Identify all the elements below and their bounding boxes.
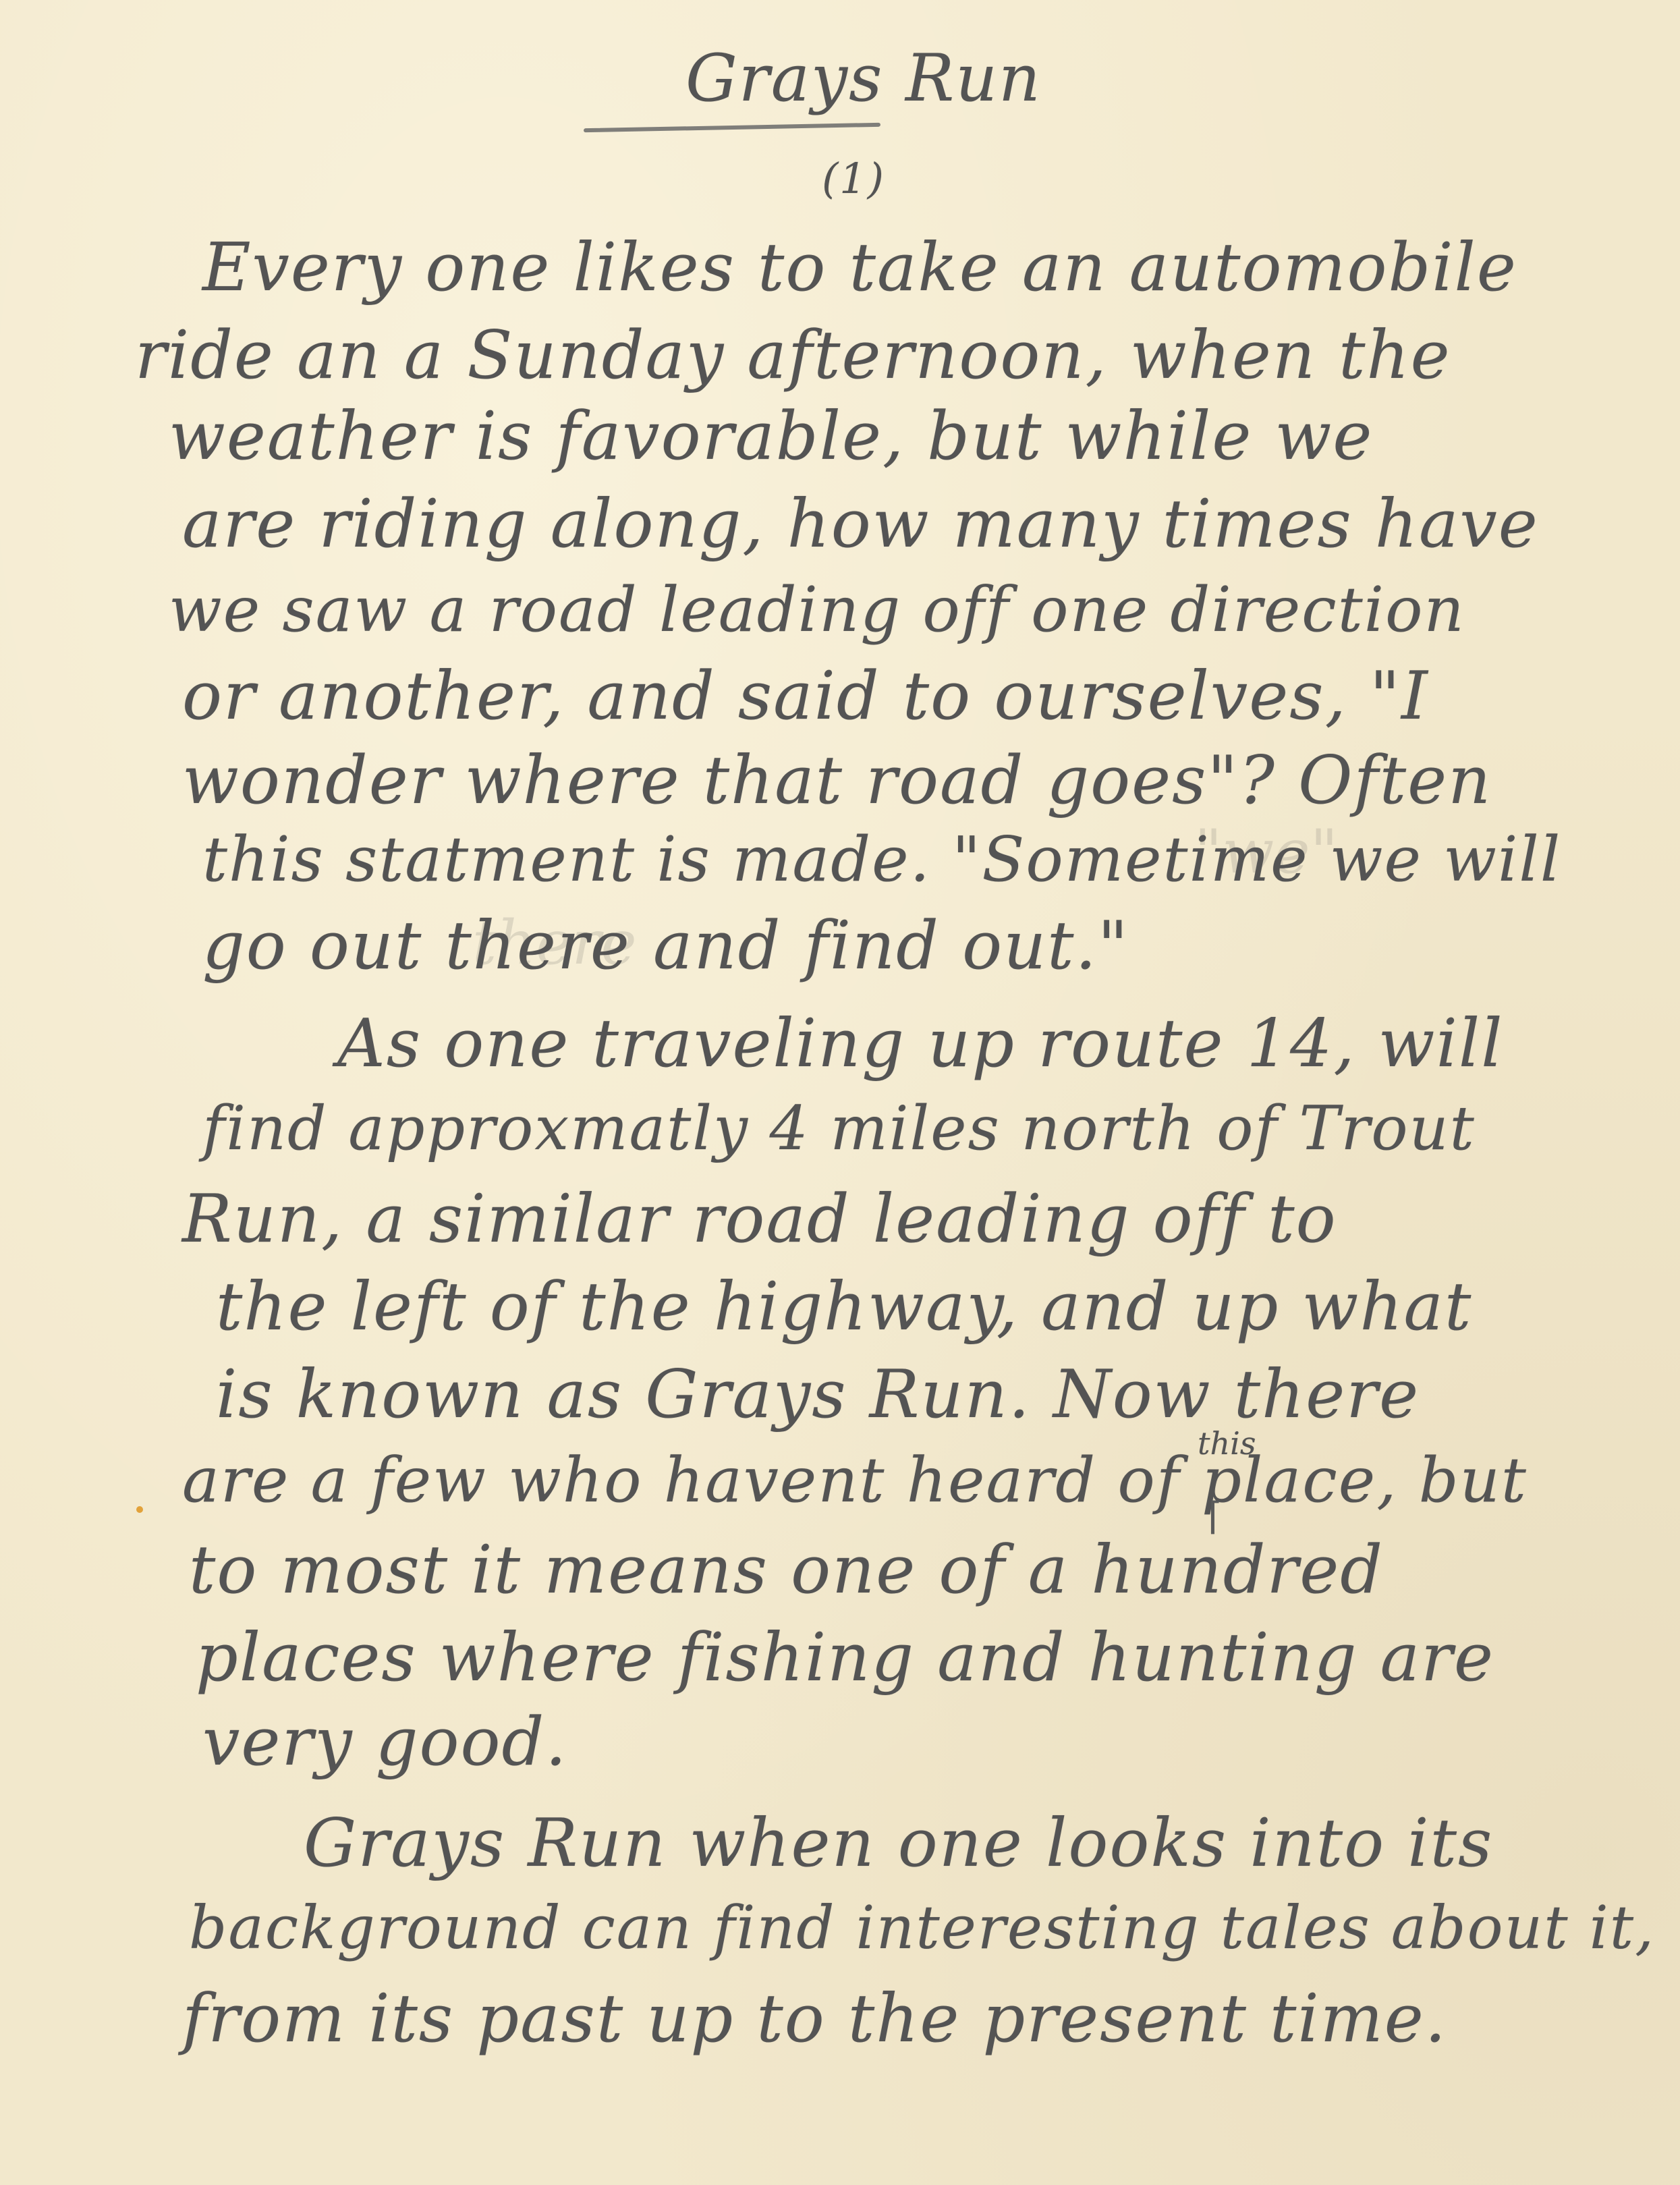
text-line: weather is favorable, but while we — [169, 398, 1373, 475]
text-line: find approxmatly 4 miles north of Trout — [202, 1093, 1476, 1164]
text-line: background can find interesting tales ab… — [189, 1893, 1655, 1962]
text-line: places where fishing and hunting are — [196, 1620, 1494, 1696]
text-line: from its past up to the present time. — [182, 1981, 1447, 2057]
text-line: Run, a similar road leading off to — [182, 1181, 1337, 1258]
insertion-caret-icon: ⌈ — [1208, 1495, 1223, 1539]
text-line: to most it means one of a hundred — [189, 1532, 1384, 1609]
title-underline — [584, 123, 880, 132]
text-line: Grays Run when one looks into its — [304, 1805, 1493, 1882]
text-line: very good. — [202, 1704, 567, 1781]
text-line: is known as Grays Run. Now there — [216, 1356, 1420, 1433]
text-line: wonder where that road goes"? Often — [182, 742, 1492, 819]
text-line: the left of the highway, and up what — [216, 1269, 1472, 1346]
text-line: we saw a road leading off one direction — [169, 574, 1465, 646]
paper-page: Grays Run (1) there "we" Every one likes… — [0, 0, 1680, 2185]
text-line: are riding along, how many times have — [182, 486, 1539, 563]
page-title: Grays Run — [0, 40, 1680, 116]
text-line: are a few who havent heard of place, but — [182, 1444, 1528, 1516]
text-line: As one traveling up route 14, will — [337, 1005, 1504, 1082]
page-number: (1) — [0, 154, 1680, 203]
text-line: or another, and said to ourselves, "I — [182, 658, 1429, 735]
text-line: go out there and find out." — [202, 908, 1129, 985]
insertion-text: this — [1198, 1425, 1256, 1462]
text-line: ride an a Sunday afternoon, when the — [135, 317, 1451, 394]
text-line: Every one likes to take an automobile — [202, 229, 1517, 306]
text-line: this statment is made. "Sometime we will — [202, 823, 1561, 895]
margin-stain — [136, 1506, 143, 1513]
